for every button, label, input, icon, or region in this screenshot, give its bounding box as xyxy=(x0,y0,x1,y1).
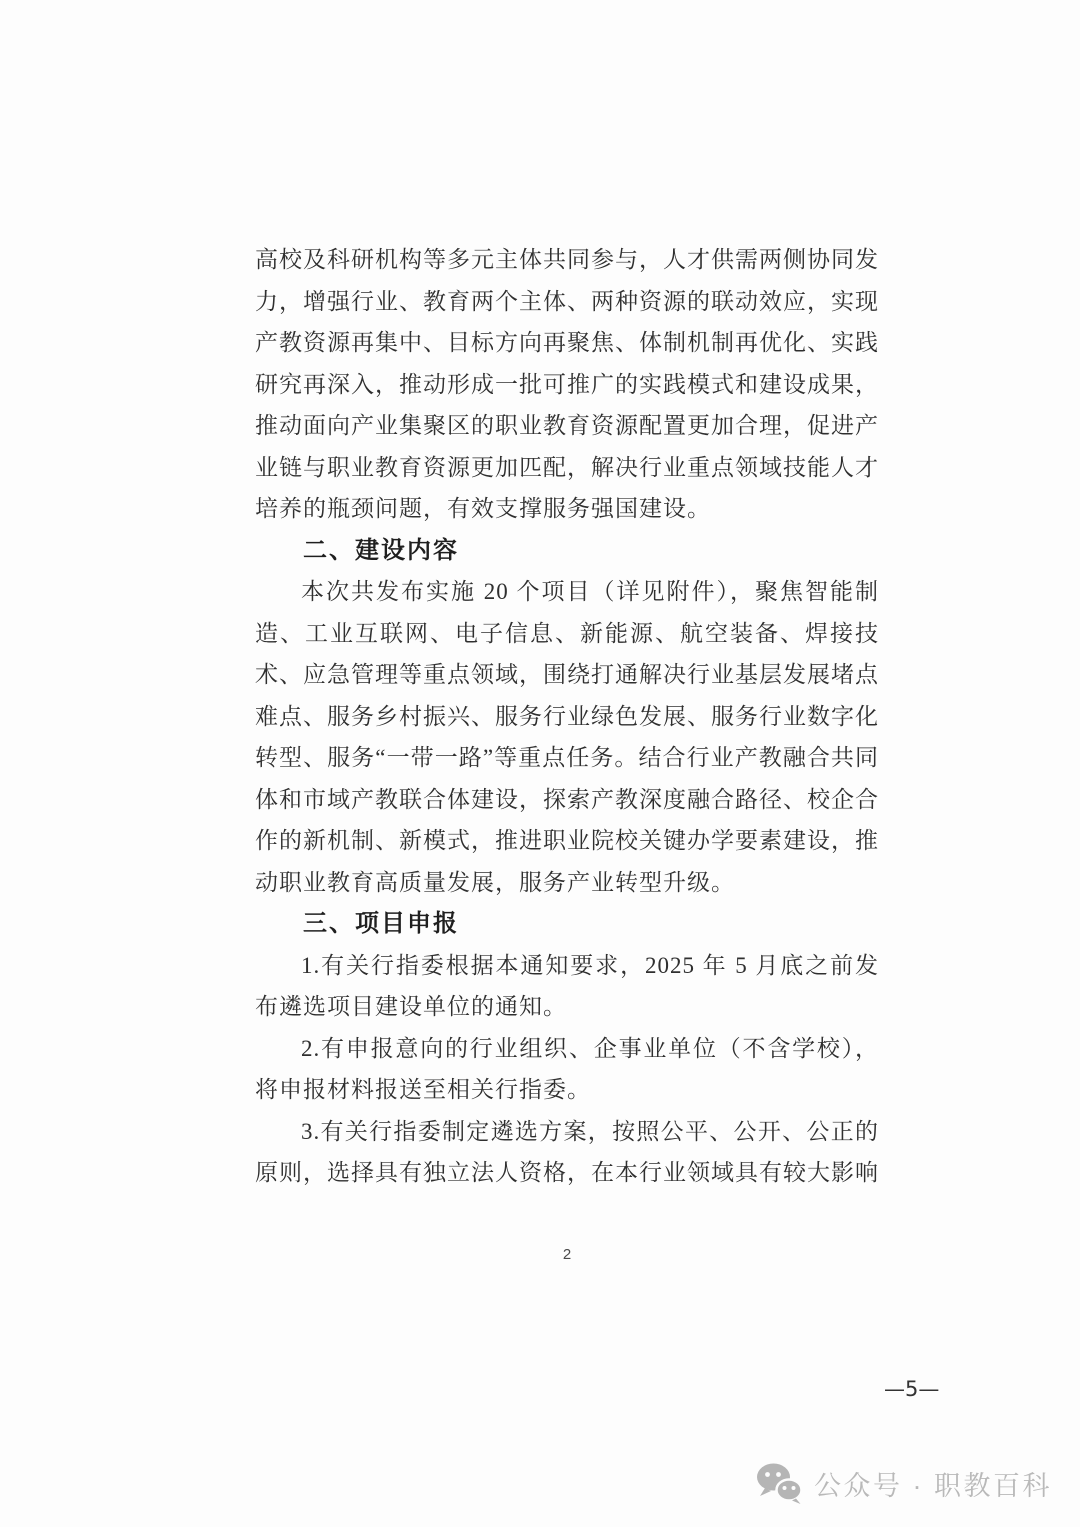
document-body: 高校及科研机构等多元主体共同参与，人才供需两侧协同发力，增强行业、教育两个主体、… xyxy=(255,239,879,1194)
inner-page-number: 2 xyxy=(255,1246,879,1263)
paragraph-application-item-2: 2.有申报意向的行业组织、企事业单位（不含学校），将申报材料报送至相关行指委。 xyxy=(255,1028,879,1111)
paragraph-continuation: 高校及科研机构等多元主体共同参与，人才供需两侧协同发力，增强行业、教育两个主体、… xyxy=(255,239,879,530)
paragraph-application-item-1: 1.有关行指委根据本通知要求，2025 年 5 月底之前发布遴选项目建设单位的通… xyxy=(255,945,879,1028)
printed-page-number: —5— xyxy=(884,1377,939,1401)
wechat-icon xyxy=(756,1462,802,1504)
paragraph-construction-content: 本次共发布实施 20 个项目（详见附件），聚焦智能制造、工业互联网、电子信息、新… xyxy=(255,571,879,903)
wechat-watermark: 公众号 · 职教百科 xyxy=(756,1462,1052,1504)
paragraph-application-item-3: 3.有关行指委制定遴选方案，按照公平、公开、公正的原则，选择具有独立法人资格，在… xyxy=(255,1111,879,1194)
section-heading-project-application: 三、项目申报 xyxy=(255,903,879,945)
watermark-text: 公众号 · 职教百科 xyxy=(814,1464,1052,1503)
section-heading-construction-content: 二、建设内容 xyxy=(255,530,879,572)
document-page: 高校及科研机构等多元主体共同参与，人才供需两侧协同发力，增强行业、教育两个主体、… xyxy=(0,0,1080,1527)
